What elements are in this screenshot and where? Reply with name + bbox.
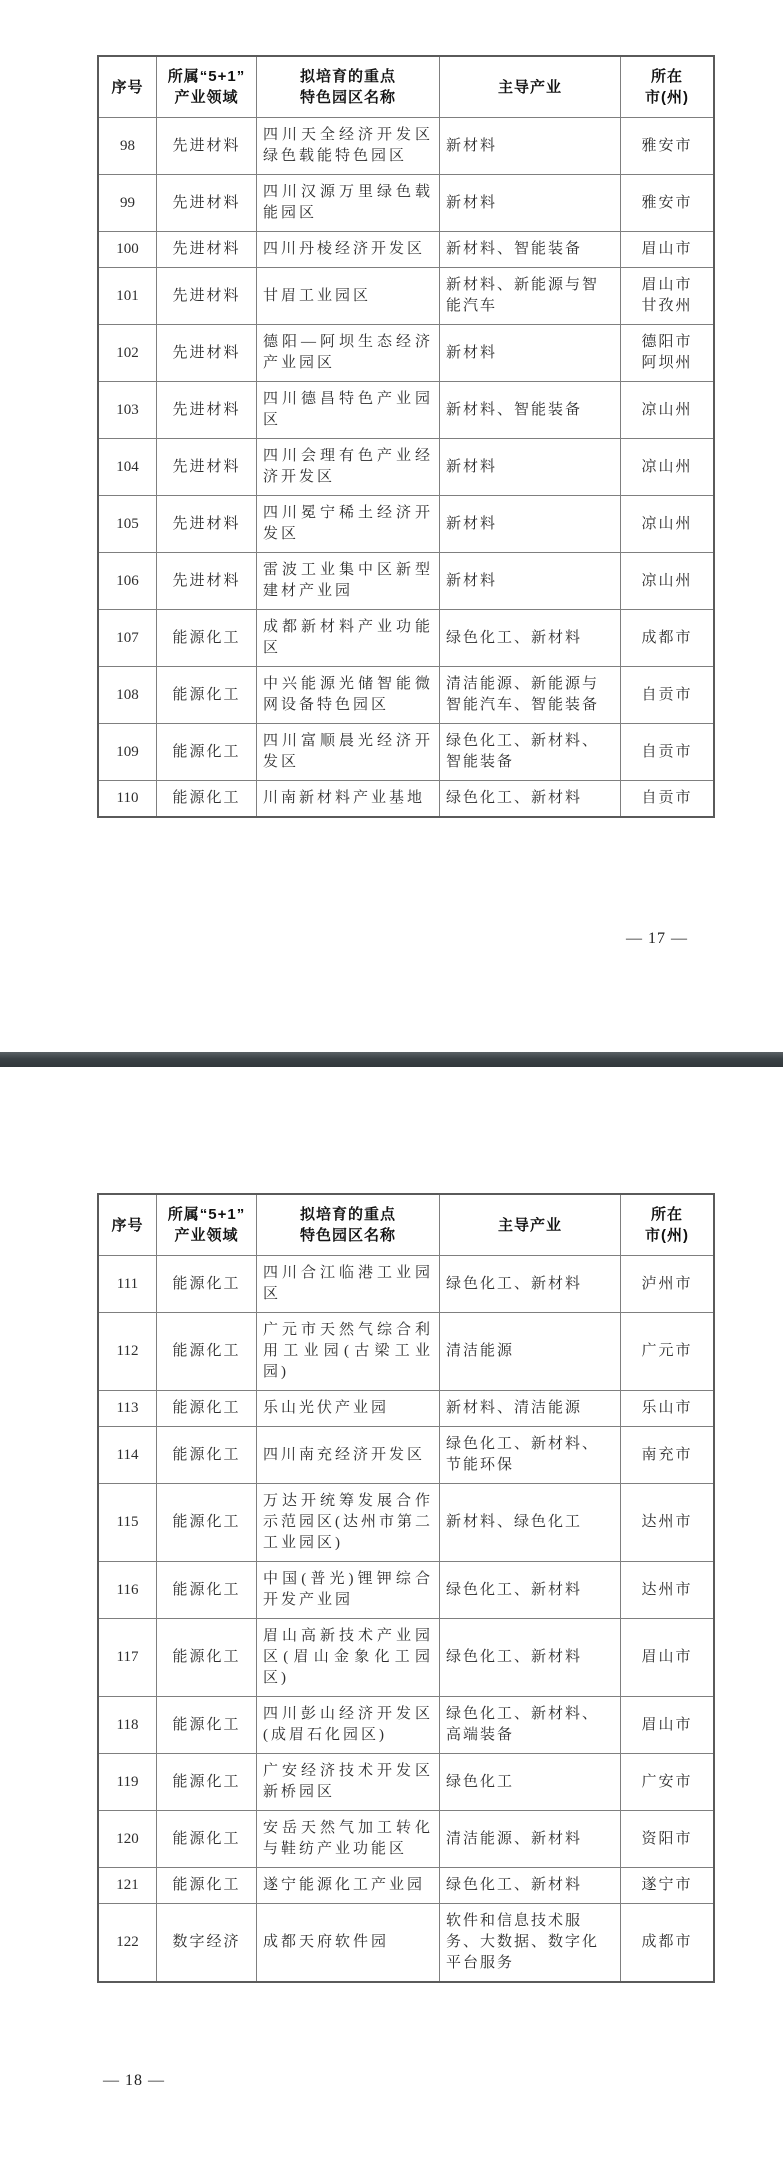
cell-no: 109	[98, 724, 157, 781]
cell-industry: 清洁能源、新材料	[440, 1811, 621, 1868]
cell-no: 108	[98, 667, 157, 724]
cell-park: 广元市天然气综合利用工业园(古梁工业园)	[257, 1313, 440, 1391]
cell-park: 四川富顺晨光经济开发区	[257, 724, 440, 781]
table-row: 98先进材料四川天全经济开发区绿色载能特色园区新材料雅安市	[98, 118, 714, 175]
table-row: 105先进材料四川冕宁稀土经济开发区新材料凉山州	[98, 496, 714, 553]
table-row: 103先进材料四川德昌特色产业园区新材料、智能装备凉山州	[98, 382, 714, 439]
cell-field: 能源化工	[157, 1484, 257, 1562]
cell-field: 先进材料	[157, 553, 257, 610]
cell-city: 自贡市	[621, 724, 715, 781]
table-row: 114能源化工四川南充经济开发区绿色化工、新材料、节能环保南充市	[98, 1427, 714, 1484]
cell-field: 先进材料	[157, 496, 257, 553]
cell-industry: 绿色化工、新材料	[440, 1868, 621, 1904]
cell-industry: 新材料、绿色化工	[440, 1484, 621, 1562]
table-row: 117能源化工眉山高新技术产业园区(眉山金象化工园区)绿色化工、新材料眉山市	[98, 1619, 714, 1697]
cell-city: 自贡市	[621, 667, 715, 724]
cell-field: 先进材料	[157, 439, 257, 496]
cell-park: 甘眉工业园区	[257, 268, 440, 325]
document-page-18: 序号所属“5+1” 产业领域拟培育的重点 特色园区名称主导产业所在 市(州) 1…	[0, 1067, 783, 2157]
cell-park: 眉山高新技术产业园区(眉山金象化工园区)	[257, 1619, 440, 1697]
cell-industry: 新材料	[440, 439, 621, 496]
cell-no: 107	[98, 610, 157, 667]
cell-city: 凉山州	[621, 439, 715, 496]
cell-no: 105	[98, 496, 157, 553]
cell-city: 遂宁市	[621, 1868, 715, 1904]
cell-industry: 新材料	[440, 118, 621, 175]
cell-field: 能源化工	[157, 1868, 257, 1904]
cell-park: 成都天府软件园	[257, 1904, 440, 1983]
cell-field: 能源化工	[157, 1256, 257, 1313]
cell-city: 凉山州	[621, 382, 715, 439]
column-header-field: 所属“5+1” 产业领域	[157, 56, 257, 118]
cell-industry: 新材料、智能装备	[440, 382, 621, 439]
cell-city: 达州市	[621, 1484, 715, 1562]
cell-field: 能源化工	[157, 1427, 257, 1484]
cell-city: 雅安市	[621, 118, 715, 175]
cell-park: 乐山光伏产业园	[257, 1391, 440, 1427]
cell-park: 四川德昌特色产业园区	[257, 382, 440, 439]
cell-no: 99	[98, 175, 157, 232]
cell-field: 能源化工	[157, 1313, 257, 1391]
cell-no: 121	[98, 1868, 157, 1904]
cell-industry: 新材料	[440, 175, 621, 232]
cell-no: 119	[98, 1754, 157, 1811]
cell-park: 四川丹棱经济开发区	[257, 232, 440, 268]
cell-park: 遂宁能源化工产业园	[257, 1868, 440, 1904]
document-canvas: 序号所属“5+1” 产业领域拟培育的重点 特色园区名称主导产业所在 市(州) 9…	[0, 0, 783, 2157]
table-row: 122数字经济成都天府软件园软件和信息技术服务、大数据、数字化平台服务成都市	[98, 1904, 714, 1983]
table-header: 序号所属“5+1” 产业领域拟培育的重点 特色园区名称主导产业所在 市(州)	[98, 1194, 714, 1256]
cell-no: 100	[98, 232, 157, 268]
cell-no: 98	[98, 118, 157, 175]
table-row: 121能源化工遂宁能源化工产业园绿色化工、新材料遂宁市	[98, 1868, 714, 1904]
cell-industry: 清洁能源	[440, 1313, 621, 1391]
cell-no: 110	[98, 781, 157, 818]
cell-field: 先进材料	[157, 175, 257, 232]
cell-no: 114	[98, 1427, 157, 1484]
cell-park: 成都新材料产业功能区	[257, 610, 440, 667]
cell-industry: 新材料、新能源与智能汽车	[440, 268, 621, 325]
table-row: 120能源化工安岳天然气加工转化与鞋纺产业功能区清洁能源、新材料资阳市	[98, 1811, 714, 1868]
page-divider-bar	[0, 1052, 783, 1067]
page-number-17: — 17 —	[626, 930, 688, 948]
table-body: 98先进材料四川天全经济开发区绿色载能特色园区新材料雅安市99先进材料四川汉源万…	[98, 118, 714, 818]
cell-no: 106	[98, 553, 157, 610]
column-header-park-name: 拟培育的重点 特色园区名称	[257, 56, 440, 118]
table-row: 109能源化工四川富顺晨光经济开发区绿色化工、新材料、智能装备自贡市	[98, 724, 714, 781]
cell-no: 115	[98, 1484, 157, 1562]
cell-no: 120	[98, 1811, 157, 1868]
cell-industry: 软件和信息技术服务、大数据、数字化平台服务	[440, 1904, 621, 1983]
cell-city: 眉山市 甘孜州	[621, 268, 715, 325]
cell-city: 广安市	[621, 1754, 715, 1811]
cell-no: 112	[98, 1313, 157, 1391]
cell-field: 数字经济	[157, 1904, 257, 1983]
cell-park: 川南新材料产业基地	[257, 781, 440, 818]
table-row: 119能源化工广安经济技术开发区新桥园区绿色化工广安市	[98, 1754, 714, 1811]
column-header-leading-industry: 主导产业	[440, 1194, 621, 1256]
parks-table-page-17: 序号所属“5+1” 产业领域拟培育的重点 特色园区名称主导产业所在 市(州) 9…	[97, 55, 715, 818]
cell-industry: 绿色化工	[440, 1754, 621, 1811]
column-header-city: 所在 市(州)	[621, 56, 715, 118]
table-row: 118能源化工四川彭山经济开发区(成眉石化园区)绿色化工、新材料、高端装备眉山市	[98, 1697, 714, 1754]
cell-no: 103	[98, 382, 157, 439]
cell-field: 先进材料	[157, 382, 257, 439]
cell-industry: 绿色化工、新材料	[440, 610, 621, 667]
column-header-no: 序号	[98, 1194, 157, 1256]
cell-city: 成都市	[621, 1904, 715, 1983]
table-row: 112能源化工广元市天然气综合利用工业园(古梁工业园)清洁能源广元市	[98, 1313, 714, 1391]
header-row: 序号所属“5+1” 产业领域拟培育的重点 特色园区名称主导产业所在 市(州)	[98, 1194, 714, 1256]
cell-no: 122	[98, 1904, 157, 1983]
cell-industry: 绿色化工、新材料、节能环保	[440, 1427, 621, 1484]
cell-city: 雅安市	[621, 175, 715, 232]
cell-field: 先进材料	[157, 118, 257, 175]
cell-park: 中兴能源光储智能微网设备特色园区	[257, 667, 440, 724]
column-header-city: 所在 市(州)	[621, 1194, 715, 1256]
table-row: 99先进材料四川汉源万里绿色载能园区新材料雅安市	[98, 175, 714, 232]
cell-industry: 清洁能源、新能源与智能汽车、智能装备	[440, 667, 621, 724]
column-header-leading-industry: 主导产业	[440, 56, 621, 118]
cell-field: 能源化工	[157, 1811, 257, 1868]
cell-city: 达州市	[621, 1562, 715, 1619]
table-row: 115能源化工万达开统筹发展合作示范园区(达州市第二工业园区)新材料、绿色化工达…	[98, 1484, 714, 1562]
table-row: 111能源化工四川合江临港工业园区绿色化工、新材料泸州市	[98, 1256, 714, 1313]
cell-city: 南充市	[621, 1427, 715, 1484]
cell-no: 111	[98, 1256, 157, 1313]
cell-field: 能源化工	[157, 1619, 257, 1697]
cell-field: 能源化工	[157, 610, 257, 667]
cell-industry: 新材料、智能装备	[440, 232, 621, 268]
cell-no: 102	[98, 325, 157, 382]
table-header: 序号所属“5+1” 产业领域拟培育的重点 特色园区名称主导产业所在 市(州)	[98, 56, 714, 118]
cell-no: 117	[98, 1619, 157, 1697]
table-row: 106先进材料雷波工业集中区新型建材产业园新材料凉山州	[98, 553, 714, 610]
cell-no: 116	[98, 1562, 157, 1619]
cell-industry: 绿色化工、新材料	[440, 1562, 621, 1619]
cell-field: 先进材料	[157, 232, 257, 268]
cell-no: 113	[98, 1391, 157, 1427]
cell-park: 四川冕宁稀土经济开发区	[257, 496, 440, 553]
cell-park: 四川合江临港工业园区	[257, 1256, 440, 1313]
table-row: 100先进材料四川丹棱经济开发区新材料、智能装备眉山市	[98, 232, 714, 268]
table-row: 101先进材料甘眉工业园区新材料、新能源与智能汽车眉山市 甘孜州	[98, 268, 714, 325]
cell-city: 眉山市	[621, 1619, 715, 1697]
cell-field: 能源化工	[157, 1562, 257, 1619]
table-row: 113能源化工乐山光伏产业园新材料、清洁能源乐山市	[98, 1391, 714, 1427]
cell-city: 广元市	[621, 1313, 715, 1391]
cell-no: 118	[98, 1697, 157, 1754]
cell-industry: 新材料	[440, 325, 621, 382]
page-number-18: — 18 —	[103, 2072, 165, 2090]
cell-city: 眉山市	[621, 1697, 715, 1754]
cell-city: 资阳市	[621, 1811, 715, 1868]
cell-park: 德阳—阿坝生态经济产业园区	[257, 325, 440, 382]
cell-industry: 绿色化工、新材料	[440, 1256, 621, 1313]
cell-industry: 绿色化工、新材料	[440, 1619, 621, 1697]
cell-field: 先进材料	[157, 268, 257, 325]
cell-industry: 新材料	[440, 553, 621, 610]
cell-industry: 绿色化工、新材料、智能装备	[440, 724, 621, 781]
cell-field: 能源化工	[157, 1391, 257, 1427]
column-header-park-name: 拟培育的重点 特色园区名称	[257, 1194, 440, 1256]
cell-park: 安岳天然气加工转化与鞋纺产业功能区	[257, 1811, 440, 1868]
cell-no: 104	[98, 439, 157, 496]
cell-city: 凉山州	[621, 496, 715, 553]
cell-park: 广安经济技术开发区新桥园区	[257, 1754, 440, 1811]
cell-field: 能源化工	[157, 667, 257, 724]
table-row: 116能源化工中国(普光)锂钾综合开发产业园绿色化工、新材料达州市	[98, 1562, 714, 1619]
cell-no: 101	[98, 268, 157, 325]
table-row: 110能源化工川南新材料产业基地绿色化工、新材料自贡市	[98, 781, 714, 818]
cell-park: 四川彭山经济开发区(成眉石化园区)	[257, 1697, 440, 1754]
cell-city: 自贡市	[621, 781, 715, 818]
cell-city: 德阳市 阿坝州	[621, 325, 715, 382]
cell-field: 能源化工	[157, 724, 257, 781]
table-row: 102先进材料德阳—阿坝生态经济产业园区新材料德阳市 阿坝州	[98, 325, 714, 382]
cell-park: 四川会理有色产业经济开发区	[257, 439, 440, 496]
cell-field: 能源化工	[157, 1754, 257, 1811]
cell-park: 万达开统筹发展合作示范园区(达州市第二工业园区)	[257, 1484, 440, 1562]
parks-table-page-18: 序号所属“5+1” 产业领域拟培育的重点 特色园区名称主导产业所在 市(州) 1…	[97, 1193, 715, 1983]
cell-city: 乐山市	[621, 1391, 715, 1427]
cell-industry: 新材料、清洁能源	[440, 1391, 621, 1427]
table-body: 111能源化工四川合江临港工业园区绿色化工、新材料泸州市112能源化工广元市天然…	[98, 1256, 714, 1983]
document-page-17: 序号所属“5+1” 产业领域拟培育的重点 特色园区名称主导产业所在 市(州) 9…	[0, 0, 783, 1052]
table-row: 107能源化工成都新材料产业功能区绿色化工、新材料成都市	[98, 610, 714, 667]
cell-field: 能源化工	[157, 781, 257, 818]
cell-industry: 绿色化工、新材料、高端装备	[440, 1697, 621, 1754]
table-row: 104先进材料四川会理有色产业经济开发区新材料凉山州	[98, 439, 714, 496]
cell-industry: 新材料	[440, 496, 621, 553]
cell-city: 凉山州	[621, 553, 715, 610]
cell-city: 成都市	[621, 610, 715, 667]
cell-field: 先进材料	[157, 325, 257, 382]
cell-field: 能源化工	[157, 1697, 257, 1754]
cell-city: 泸州市	[621, 1256, 715, 1313]
header-row: 序号所属“5+1” 产业领域拟培育的重点 特色园区名称主导产业所在 市(州)	[98, 56, 714, 118]
cell-park: 四川南充经济开发区	[257, 1427, 440, 1484]
cell-park: 雷波工业集中区新型建材产业园	[257, 553, 440, 610]
cell-city: 眉山市	[621, 232, 715, 268]
cell-park: 四川天全经济开发区绿色载能特色园区	[257, 118, 440, 175]
cell-park: 中国(普光)锂钾综合开发产业园	[257, 1562, 440, 1619]
column-header-no: 序号	[98, 56, 157, 118]
column-header-field: 所属“5+1” 产业领域	[157, 1194, 257, 1256]
cell-park: 四川汉源万里绿色载能园区	[257, 175, 440, 232]
table-row: 108能源化工中兴能源光储智能微网设备特色园区清洁能源、新能源与智能汽车、智能装…	[98, 667, 714, 724]
cell-industry: 绿色化工、新材料	[440, 781, 621, 818]
